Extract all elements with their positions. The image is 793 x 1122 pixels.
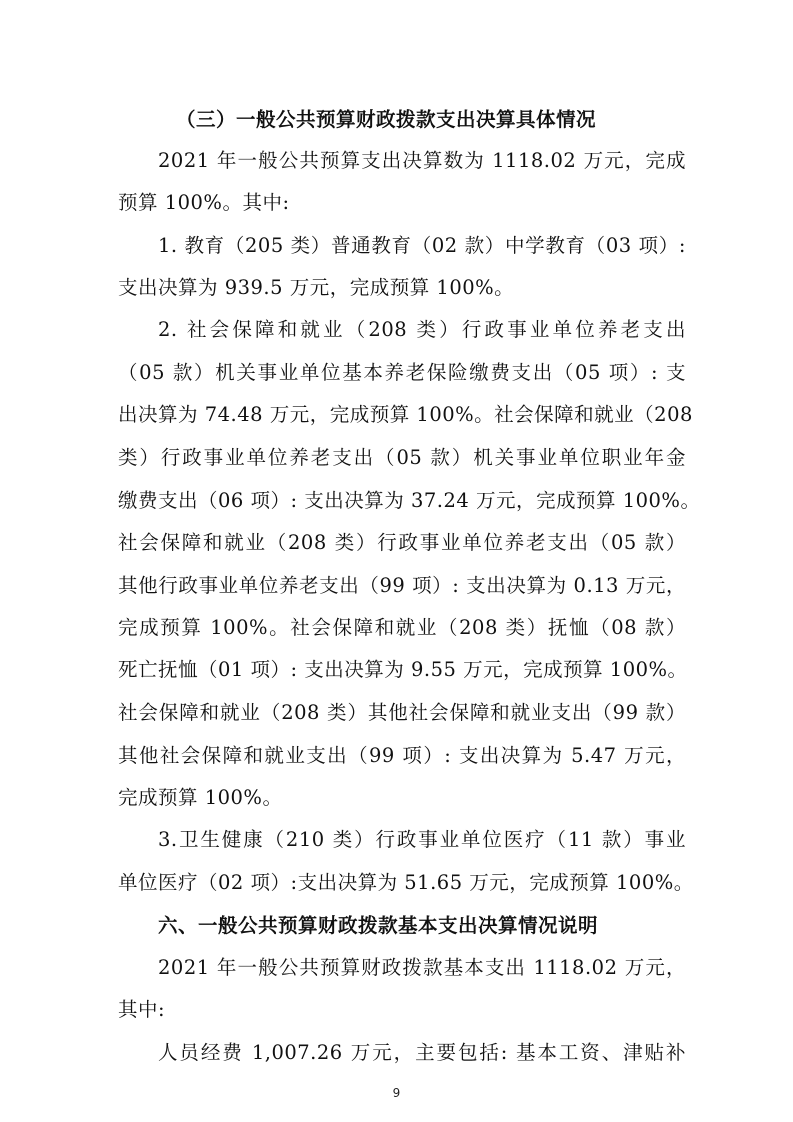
paragraph-line: （05 款）机关事业单位基本养老保险缴费支出（05 项）: 支 — [118, 359, 686, 387]
paragraph-line: 预算 100%。其中: — [118, 189, 686, 217]
paragraph-line: 单位医疗（02 项）:支出决算为 51.65 万元，完成预算 100%。 — [118, 869, 686, 897]
paragraph-line: 人员经费 1,007.26 万元，主要包括: 基本工资、津贴补 — [158, 1039, 686, 1067]
paragraph-line: 2021 年一般公共预算财政拨款基本支出 1118.02 万元， — [158, 954, 686, 982]
paragraph-line: 2021 年一般公共预算支出决算数为 1118.02 万元，完成 — [158, 147, 686, 175]
paragraph-line: 3.卫生健康（210 类）行政事业单位医疗（11 款）事业 — [158, 826, 686, 854]
paragraph-line: 其他行政事业单位养老支出（99 项）: 支出决算为 0.13 万元， — [118, 572, 686, 600]
paragraph-line: 1. 教育（205 类）普通教育（02 款）中学教育（03 项）: — [158, 232, 686, 260]
paragraph-line: 社会保障和就业（208 类）行政事业单位养老支出（05 款） — [118, 529, 686, 557]
document-page: （三）一般公共预算财政拨款支出决算具体情况 2021 年一般公共预算支出决算数为… — [0, 0, 793, 1122]
paragraph-line: 社会保障和就业（208 类）其他社会保障和就业支出（99 款） — [118, 699, 686, 727]
paragraph-line: 2. 社会保障和就业（208 类）行政事业单位养老支出 — [158, 316, 686, 344]
paragraph-line: 死亡抚恤（01 项）: 支出决算为 9.55 万元，完成预算 100%。 — [118, 656, 686, 684]
page-number: 9 — [0, 1086, 793, 1100]
section6-heading: 六、一般公共预算财政拨款基本支出决算情况说明 — [158, 912, 686, 940]
paragraph-line: 其他社会保障和就业支出（99 项）: 支出决算为 5.47 万元， — [118, 742, 686, 770]
paragraph-line: 出决算为 74.48 万元，完成预算 100%。社会保障和就业（208 — [118, 401, 686, 429]
paragraph-line: 完成预算 100%。社会保障和就业（208 类）抚恤（08 款） — [118, 614, 686, 642]
paragraph-line: 其中: — [118, 996, 686, 1024]
paragraph-line: 完成预算 100%。 — [118, 784, 686, 812]
section-heading: （三）一般公共预算财政拨款支出决算具体情况 — [176, 106, 704, 134]
paragraph-line: 缴费支出（06 项）: 支出决算为 37.24 万元，完成预算 100%。 — [118, 487, 686, 515]
paragraph-line: 支出决算为 939.5 万元，完成预算 100%。 — [118, 274, 686, 302]
paragraph-line: 类）行政事业单位养老支出（05 款）机关事业单位职业年金 — [118, 444, 686, 472]
